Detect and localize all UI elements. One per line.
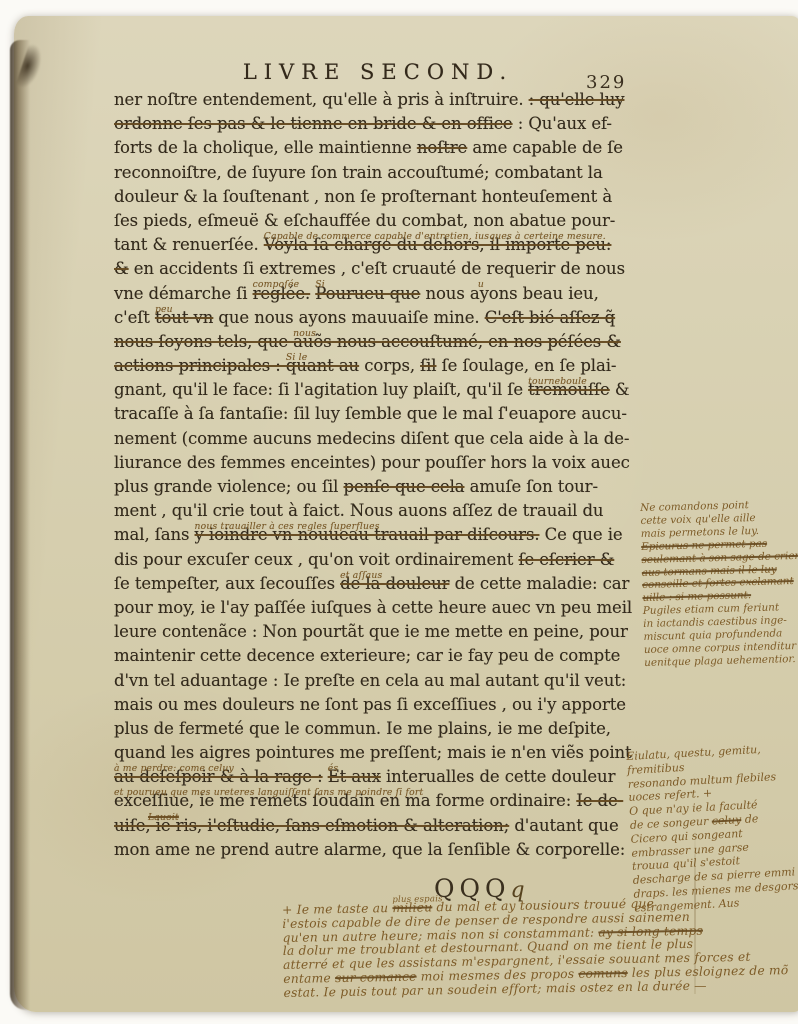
struck-segment: milieuplus espais [392, 900, 432, 915]
segment-text: reconnoiſtre, de ſuyure ſon train accouſ… [114, 163, 603, 182]
printed-text-line: nous ſoyons tels, que auõsnous nous acco… [114, 332, 646, 356]
text-segment: amuſe ſon tour- [465, 477, 598, 496]
handwritten-interline-note: à me perdre: come celuy [114, 764, 234, 773]
text-segment: reconnoiſtre, de ſuyure ſon train accouſ… [114, 163, 603, 182]
handwritten-interline-note: Si le [286, 353, 308, 362]
segment-text: i'eſtudie, ſans eſmotion & alteration; [207, 816, 509, 835]
handwritten-interline-note: nous trauailler à ces regles ſuperflues [195, 522, 380, 531]
segment-text: ment , qu'il crie tout à faict. Nous auo… [114, 501, 603, 520]
segment-text: les plus esloignez de mõ [628, 963, 789, 980]
segment-text: pour moy, ie l'ay paſſée iuſques à cette… [114, 598, 632, 617]
signature-mark: QQQq [434, 874, 525, 903]
text-segment: tant & renuerſée. [114, 235, 264, 254]
segment-text: mon ame ne prend autre alarme, que la ſe… [114, 840, 625, 859]
segment-text: corps, [359, 356, 420, 375]
text-segment: vne démarche ſi [114, 284, 253, 303]
printed-text-line: mais ou mes douleurs ne ſont pas ſi exce… [114, 695, 646, 719]
segment-text: Ce que ie [539, 525, 622, 544]
segment-text: nous accouſtumé, en nos péſées & [332, 332, 621, 351]
page-edge-shadow [10, 40, 30, 1010]
printed-text-line: plus grande violence; ou ſil penſe que c… [114, 477, 646, 501]
struck-segment: tout vnpeu [155, 308, 213, 327]
text-segment: plus grande violence; ou ſil [114, 477, 344, 496]
signature-printed: QQQ [434, 874, 511, 903]
segment-text: : Qu'aux ef- [513, 114, 612, 133]
printed-text-line: pour moy, ie l'ay paſſée iuſques à cette… [114, 598, 646, 622]
printed-text-line: ner noſtre entendement, qu'elle à pris à… [114, 90, 646, 114]
segment-text: ame capable de ſe [467, 138, 623, 157]
text-segment: ame capable de ſe [467, 138, 623, 157]
segment-text: C'eſt bié aſſez q̃ [485, 308, 615, 327]
text-segment: interualles de cette douleur [381, 767, 616, 786]
text-segment: ſes pieds, eſmeuë & eſchauffée du combat… [114, 211, 615, 230]
struck-segment: de la douleuret aſſaus [340, 574, 449, 593]
printed-text-line: ordonne ſes pas & le tienne en bride & e… [114, 114, 646, 138]
printed-text-line: c'eſt tout vnpeu que nous ayons mauuaiſe… [114, 308, 646, 332]
segment-text: nement (comme aucuns medecins diſent que… [114, 429, 629, 448]
struck-segment: actions principales : [114, 356, 286, 375]
segment-text: maintenir cette decence exterieure; car … [114, 646, 620, 665]
segment-text: de cette maladie: car [449, 574, 629, 593]
segment-text: forts de la cholique, elle maintienne [114, 138, 417, 157]
printed-text-line: mal, ſans y ioindre vn nouueau trauail p… [114, 525, 646, 549]
segment-text: plus de fermeté que le commun. Ie me pla… [114, 719, 611, 738]
printed-text-block: ner noſtre entendement, qu'elle à pris à… [114, 90, 646, 864]
struck-segment: quant auSi le [286, 356, 359, 375]
struck-segment: Pourueu queSi [315, 284, 420, 303]
segment-text: celuy [711, 813, 741, 828]
segment-text: ſil [420, 356, 436, 375]
handwritten-interline-note: et aſſaus [340, 571, 382, 580]
printed-text-line: mon ame ne prend autre alarme, que la ſe… [114, 840, 646, 864]
segment-text: penſe que cela [344, 477, 465, 496]
text-segment: douleur & la ſouſtenant , non ſe proſter… [114, 187, 612, 206]
text-segment: dis pour excuſer ceux , qu'on voit ordin… [114, 550, 518, 569]
handwritten-interline-note: és [328, 764, 339, 773]
handwritten-interline-note: compoſée [253, 280, 300, 289]
text-segment: gnant, qu'il le face: ſi l'agitation luy… [114, 380, 528, 399]
text-segment: & [610, 380, 630, 399]
segment-text: ſe ſoulage, en ſe plai- [437, 356, 617, 375]
text-segment: mal, ſans [114, 525, 195, 544]
text-segment: maintenir cette decence exterieure; car … [114, 646, 620, 665]
text-segment: : Qu'aux ef- [513, 114, 612, 133]
struck-segment: uiſe, ie ris, Lauoit [114, 816, 207, 835]
segment-text: amuſe ſon tour- [465, 477, 598, 496]
text-segment: liurance des femmes enceintes) pour pouſ… [114, 453, 630, 472]
book-page: LIVRE SECOND. 329 ner noſtre entendement… [14, 16, 798, 1012]
text-segment: mon ame ne prend autre alarme, que la ſe… [114, 840, 625, 859]
text-segment: quand les aigres pointures me preſſent; … [114, 743, 632, 762]
segment-text: mais ou mes douleurs ne ſont pas ſi exce… [114, 695, 626, 714]
struck-segment: ordonne ſes pas & le tienne en bride & e… [114, 114, 513, 133]
printed-text-line: tant & renuerſée. Voyla ſa charge du deh… [114, 235, 646, 259]
text-segment: ner noſtre entendement, qu'elle à pris à… [114, 90, 529, 109]
text-segment: tracaſſe à ſa fantaſie: ſil luy ſemble q… [114, 404, 627, 423]
printed-text-line: maintenir cette decence exterieure; car … [114, 646, 646, 670]
segment-text: Ie de- [576, 791, 623, 810]
segment-text: noſtre [417, 138, 467, 157]
segment-text: ſe eſcrier & [518, 550, 614, 569]
struck-segment: nous accouſtumé, en nos péſées & [332, 332, 621, 351]
struck-segment: tremouſſetourneboule [528, 380, 610, 399]
segment-text: : qu'elle luy [529, 90, 625, 109]
text-segment: c'eſt [114, 308, 155, 327]
segment-text: Pourueu que [315, 284, 420, 303]
segment-text: entame [283, 971, 335, 986]
printed-text-line: d'vn tel aduantage : Ie preſte en cela a… [114, 671, 646, 695]
text-segment: entame [283, 971, 335, 986]
printed-text-line: uiſe, ie ris, Lauoiti'eſtudie, ſans eſmo… [114, 816, 646, 840]
handwritten-interline-note: Capable de commerce capable d'entretien,… [264, 232, 606, 241]
text-segment: d'autant que [509, 816, 618, 835]
handwritten-interline-note: tourneboule [528, 377, 587, 386]
struck-segment: comuns [578, 966, 628, 981]
bottom-handwritten-addition: + Ie me taste au milieuplus espais du ma… [282, 895, 798, 1001]
text-segment: forts de la cholique, elle maintienne [114, 138, 417, 157]
printed-text-line: gnant, qu'il le face: ſi l'agitation luy… [114, 380, 646, 404]
handwritten-interline-note: Si [315, 280, 325, 289]
printed-text-line: plus de fermeté que le commun. Ie me pla… [114, 719, 646, 743]
text-segment: leure contenãce : Non pourtãt que ie me … [114, 622, 628, 641]
printed-text-line: leure contenãce : Non pourtãt que ie me … [114, 622, 646, 646]
segment-text: uenitque plaga uehementior. [644, 653, 796, 669]
struck-segment: au deſeſpoir & à la rage :à me perdre: c… [114, 767, 323, 786]
printed-text-line: nement (comme aucuns medecins diſent que… [114, 429, 646, 453]
text-segment: corps, [359, 356, 420, 375]
struck-segment: Et auxés [328, 767, 381, 786]
segment-text: quand les aigres pointures me preſſent; … [114, 743, 632, 762]
text-segment: beau ieu, [518, 284, 599, 303]
struck-segment: ſil [420, 356, 436, 375]
segment-text: comuns [578, 966, 628, 981]
text-segment: mais ou mes douleurs ne ſont pas ſi exce… [114, 695, 626, 714]
segment-text: que nous ayons mauuaiſe mine. [213, 308, 484, 327]
struck-segment: ſe eſcrier & [518, 550, 614, 569]
text-segment: exceſſiue, ie me remets ſoudain en ma fo… [114, 791, 576, 810]
segment-text: gnant, qu'il le face: ſi l'agitation luy… [114, 380, 528, 399]
printed-text-line: exceſſiue, ie me remets ſoudain en ma fo… [114, 791, 646, 815]
margin-annotation-upper: Ne comandons pointcette voix qu'elle ail… [640, 497, 798, 669]
segment-text: ner noſtre entendement, qu'elle à pris à… [114, 90, 529, 109]
segment-text: nous ſoyons tels, que [114, 332, 293, 351]
struck-segment: y ioindre vn nouueau trauail par diſcour… [195, 525, 540, 544]
segment-text: nous [420, 284, 470, 303]
segment-text: interualles de cette douleur [381, 767, 616, 786]
struck-segment: & [114, 259, 129, 278]
segment-text: en accidents ſi extremes , c'eſt cruauté… [129, 259, 625, 278]
segment-text: de [741, 812, 759, 826]
printed-text-line: & en accidents ſi extremes , c'eſt cruau… [114, 259, 646, 283]
struck-segment: C'eſt bié aſſez q̃ [485, 308, 615, 327]
segment-text: douleur & la ſouſtenant , non ſe proſter… [114, 187, 612, 206]
handwritten-interline-note: nous [293, 329, 316, 338]
segment-text: d'vn tel aduantage : Ie preſte en cela a… [114, 671, 626, 690]
printed-text-line: reconnoiſtre, de ſuyure ſon train accouſ… [114, 163, 646, 187]
struck-segment: Ie de- [576, 791, 623, 810]
printed-text-line: douleur & la ſouſtenant , non ſe proſter… [114, 187, 646, 211]
segment-text: mal, ſans [114, 525, 195, 544]
segment-text: beau ieu, [518, 284, 599, 303]
segment-text: leure contenãce : Non pourtãt que ie me … [114, 622, 628, 641]
segment-text: & [610, 380, 630, 399]
signature-handwritten: q [511, 878, 525, 903]
text-segment: d'vn tel aduantage : Ie preſte en cela a… [114, 671, 626, 690]
segment-text: liurance des femmes enceintes) pour pouſ… [114, 453, 630, 472]
text-segment: en accidents ſi extremes , c'eſt cruauté… [129, 259, 625, 278]
text-segment: que nous ayons mauuaiſe mine. [213, 308, 484, 327]
text-segment: pour moy, ie l'ay paſſée iuſques à cette… [114, 598, 632, 617]
segment-text: actions principales : [114, 356, 286, 375]
segment-text: plus grande violence; ou ſil [114, 477, 344, 496]
segment-text: ſe tempeſter, aux ſecouſſes [114, 574, 340, 593]
margin-annotation-lower: Eiulatu, questu, gemitu,fremitibusresona… [626, 740, 798, 915]
segment-text: d'autant que [509, 816, 618, 835]
struck-segment: reglée.compoſée [253, 284, 311, 303]
text-segment: ayonsu [470, 284, 518, 303]
segment-text: dis pour excuſer ceux , qu'on voit ordin… [114, 550, 518, 569]
segment-text: vne démarche ſi [114, 284, 253, 303]
segment-text: ſes pieds, eſmeuë & eſchauffée du combat… [114, 211, 615, 230]
struck-segment: penſe que cela [344, 477, 465, 496]
struck-segment: nous ſoyons tels, que [114, 332, 293, 351]
printed-text-line: forts de la cholique, elle maintienne no… [114, 138, 646, 162]
segment-text: & [114, 259, 129, 278]
struck-segment: Voyla ſa charge du dehors, il importe pe… [264, 235, 612, 254]
printed-text-line: ſe tempeſter, aux ſecouſſes de la douleu… [114, 574, 646, 598]
text-segment: les plus esloignez de mõ [628, 963, 789, 980]
text-segment: de cette maladie: car [449, 574, 629, 593]
struck-segment: noſtre [417, 138, 467, 157]
text-segment: ſe tempeſter, aux ſecouſſes [114, 574, 340, 593]
segment-text: tant & renuerſée. [114, 235, 264, 254]
text-segment: de [741, 812, 759, 826]
text-segment: nement (comme aucuns medecins diſent que… [114, 429, 629, 448]
printed-text-line: vne démarche ſi reglée.compoſée Pourueu … [114, 284, 646, 308]
handwritten-interline-note: u [478, 280, 484, 289]
text-segment: nous [420, 284, 470, 303]
segment-text: ordonne ſes pas & le tienne en bride & e… [114, 114, 513, 133]
struck-segment: i'eſtudie, ſans eſmotion & alteration; [207, 816, 509, 835]
struck-segment: : qu'elle luy [529, 90, 625, 109]
text-segment: ment , qu'il crie tout à faict. Nous auo… [114, 501, 603, 520]
text-segment: Ce que ie [539, 525, 622, 544]
segment-text: c'eſt [114, 308, 155, 327]
segment-text: tracaſſe à ſa fantaſie: ſil luy ſemble q… [114, 404, 627, 423]
scanned-book-photo: LIVRE SECOND. 329 ner noſtre entendement… [0, 0, 798, 1024]
running-title: LIVRE SECOND. [114, 60, 642, 84]
text-segment: plus de fermeté que le commun. Ie me pla… [114, 719, 611, 738]
paper-crease [694, 830, 696, 994]
handwritten-interline-note: Lauoit [148, 813, 179, 822]
text-segment: ſe ſoulage, en ſe plai- [437, 356, 617, 375]
printed-text-line: liurance des femmes enceintes) pour pouſ… [114, 453, 646, 477]
printed-text-line: tracaſſe à ſa fantaſie: ſil luy ſemble q… [114, 404, 646, 428]
handwritten-interline-note: peu [155, 305, 173, 314]
struck-segment: auõsnous [293, 332, 331, 351]
struck-segment: celuy [711, 813, 741, 828]
handwritten-interline-note: et pourueu que mes ureteres languiſſent … [114, 788, 423, 797]
text-segment: uenitque plaga uehementior. [644, 653, 796, 669]
